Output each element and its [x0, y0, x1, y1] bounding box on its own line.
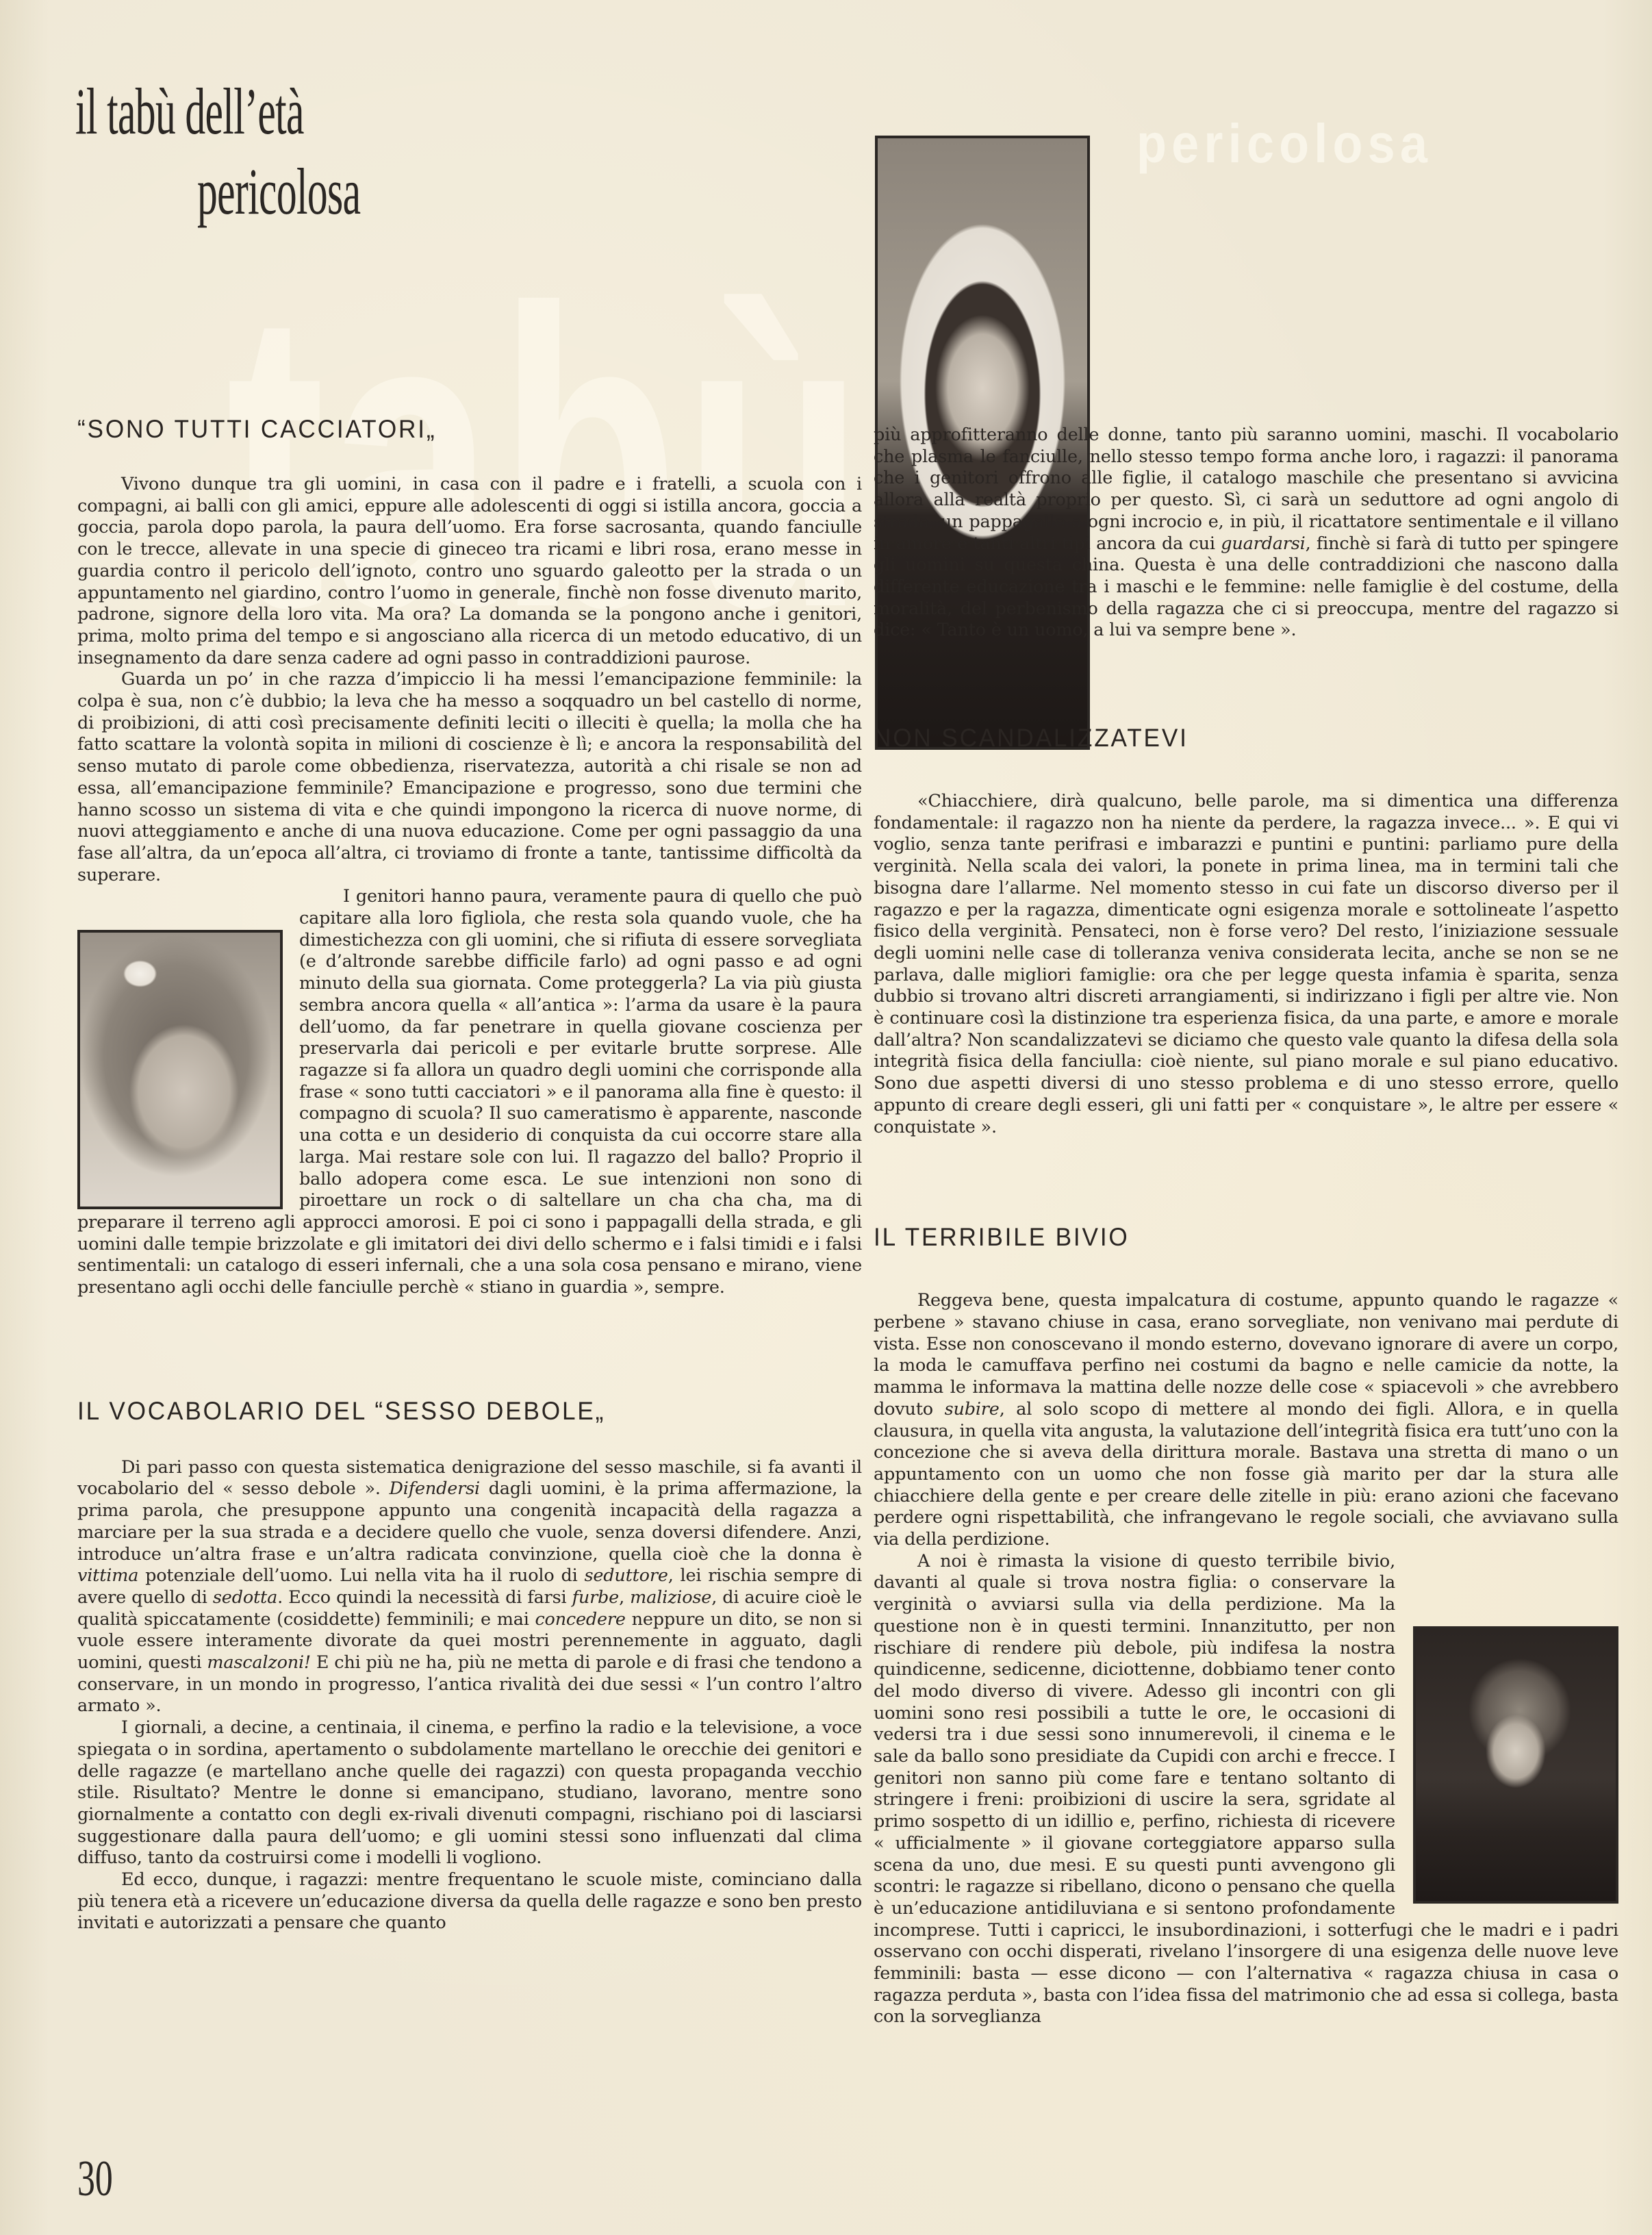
right-column: più approfitteranno delle donne, tanto p… — [874, 425, 1618, 2028]
paragraph: Reggeva bene, questa impalcatura di cost… — [874, 1290, 1618, 1550]
paragraph: A noi è rimasta la visione di questo ter… — [874, 1551, 1618, 2028]
paragraph: Di pari passo con questa sistematica den… — [77, 1457, 862, 1717]
section-heading-cacciatori: “SONO TUTTI CACCIATORI„ — [77, 415, 823, 444]
ghost-text-right: pericolosa — [1136, 110, 1568, 178]
section-heading-non-scandalizzatevi: NON SCANDALIZZATEVI — [874, 724, 1581, 753]
paragraph: Vivono dunque tra gli uomini, in casa co… — [77, 474, 862, 669]
page-number: 30 — [77, 2154, 113, 2204]
paragraph: I genitori hanno paura, veramente paura … — [77, 886, 862, 1298]
paragraph: più approfitteranno delle donne, tanto p… — [874, 425, 1618, 642]
section-heading-terribile-bivio: IL TERRIBILE BIVIO — [874, 1223, 1581, 1252]
section-heading-vocabolario: IL VOCABOLARIO DEL “SESSO DEBOLE„ — [77, 1397, 823, 1426]
paragraph: I giornali, a decine, a centinaia, il ci… — [77, 1717, 862, 1869]
photo-girl-turtleneck — [1413, 1626, 1618, 1904]
page-title-line1: il tabù dell’età — [75, 79, 304, 144]
paragraph: Ed ecco, dunque, i ragazzi: mentre frequ… — [77, 1869, 862, 1934]
page-title-line2: pericolosa — [197, 159, 360, 225]
left-column: “SONO TUTTI CACCIATORI„ Vivono dunque tr… — [77, 415, 862, 1934]
photo-girl-hair-clip — [77, 930, 283, 1209]
paragraph: Guarda un po’ in che razza d’impiccio li… — [77, 669, 862, 886]
paragraph: «Chiacchiere, dirà qualcuno, belle parol… — [874, 791, 1618, 1138]
